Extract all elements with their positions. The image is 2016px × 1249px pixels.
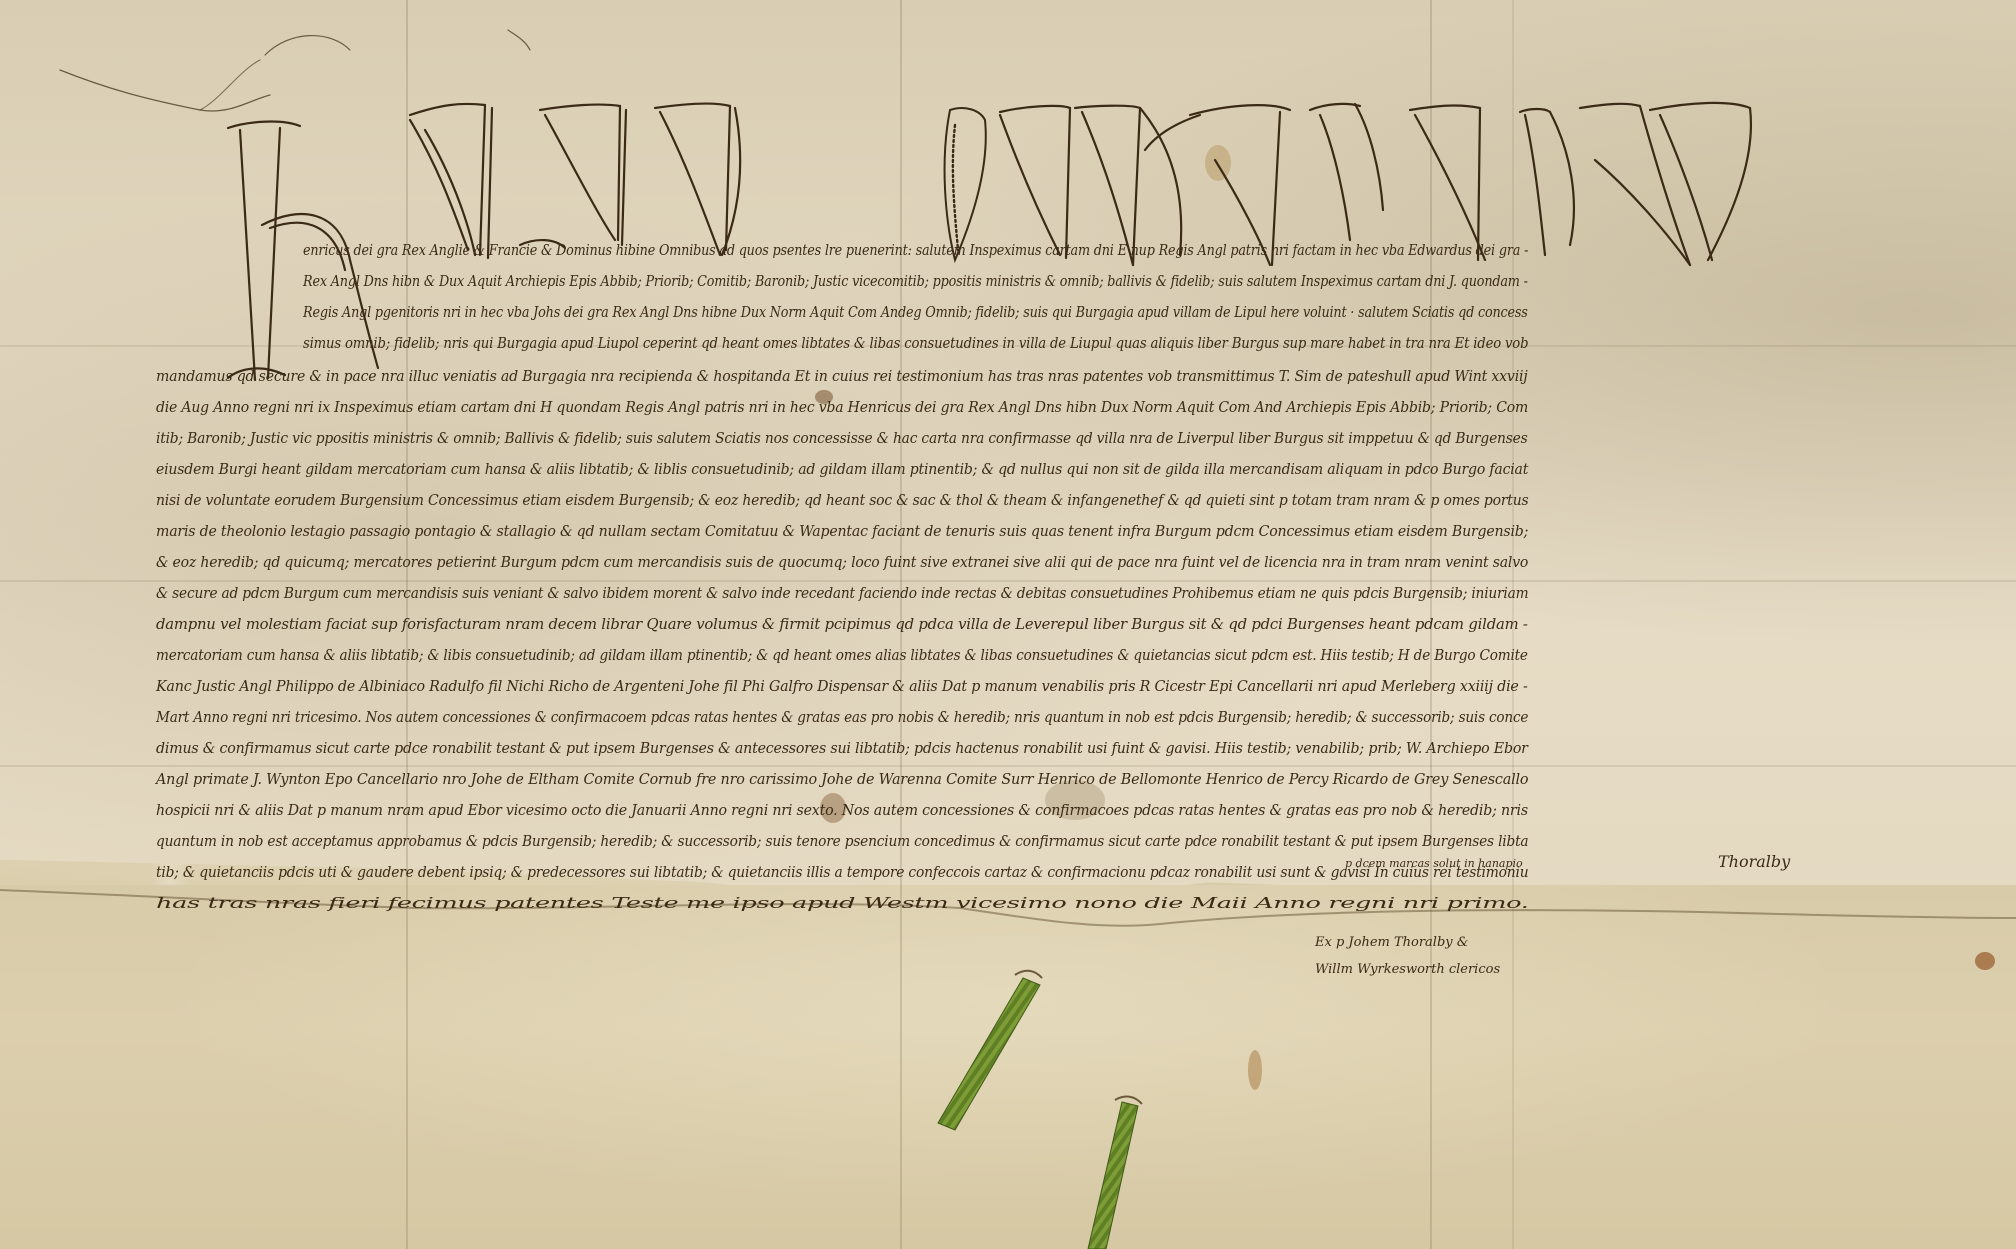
seal-cord-icon <box>0 0 2016 1249</box>
